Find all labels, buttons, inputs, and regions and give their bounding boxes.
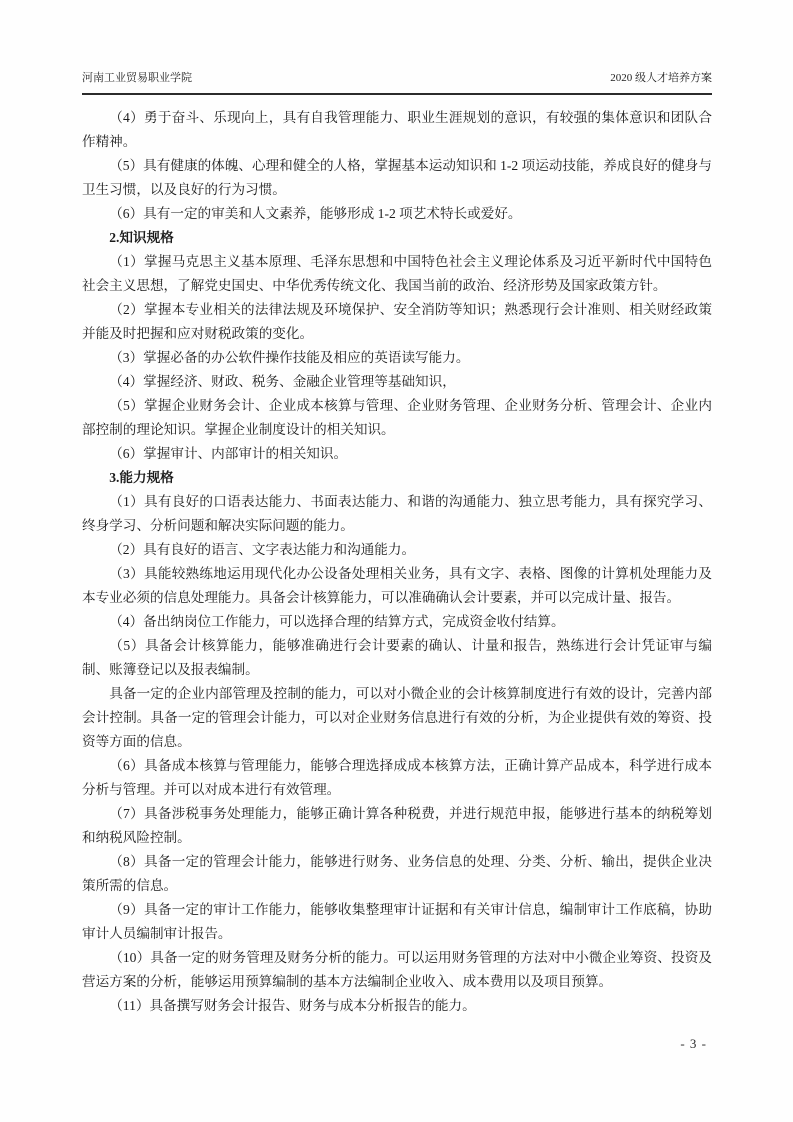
paragraph: （1）掌握马克思主义基本原理、毛泽东思想和中国特色社会主义理论体系及习近平新时代… [82, 250, 712, 298]
paragraph: （2）掌握本专业相关的法律法规及环境保护、安全消防等知识；熟悉现行会计准则、相关… [82, 298, 712, 346]
paragraph: （5）掌握企业财务会计、企业成本核算与管理、企业财务管理、企业财务分析、管理会计… [82, 394, 712, 442]
paragraph: （4）勇于奋斗、乐现向上，具有自我管理能力、职业生涯规划的意识，有较强的集体意识… [82, 106, 712, 154]
paragraph: （8）具备一定的管理会计能力，能够进行财务、业务信息的处理、分类、分析、输出，提… [82, 850, 712, 898]
paragraph: （4）备出纳岗位工作能力，可以选择合理的结算方式，完成资金收付结算。 [82, 610, 712, 634]
paragraph: （11）具备撰写财务会计报告、财务与成本分析报告的能力。 [82, 994, 712, 1018]
paragraph: （9）具备一定的审计工作能力，能够收集整理审计证据和有关审计信息，编制审计工作底… [82, 898, 712, 946]
document-page: 河南工业贸易职业学院 2020 级人才培养方案 （4）勇于奋斗、乐现向上，具有自… [0, 0, 793, 1122]
paragraph: （3）具能较熟练地运用现代化办公设备处理相关业务，具有文字、表格、图像的计算机处… [82, 562, 712, 610]
section-heading: 3.能力规格 [82, 466, 712, 490]
paragraph: （6）掌握审计、内部审计的相关知识。 [82, 442, 712, 466]
paragraph: （2）具有良好的语言、文字表达能力和沟通能力。 [82, 538, 712, 562]
paragraph: （6）具有一定的审美和人文素养，能够形成 1-2 项艺术特长或爱好。 [82, 202, 712, 226]
page-number: - 3 - [680, 1036, 707, 1052]
paragraph: （1）具有良好的口语表达能力、书面表达能力、和谐的沟通能力、独立思考能力，具有探… [82, 490, 712, 538]
header-school-name: 河南工业贸易职业学院 [82, 71, 192, 86]
section-heading: 2.知识规格 [82, 226, 712, 250]
paragraph: （4）掌握经济、财政、税务、金融企业管理等基础知识， [82, 370, 712, 394]
paragraph: （5）具备会计核算能力，能够准确进行会计要素的确认、计量和报告，熟练进行会计凭证… [82, 634, 712, 682]
paragraph: （6）具备成本核算与管理能力，能够合理选择成成本核算方法，正确计算产品成本，科学… [82, 754, 712, 802]
document-body: （4）勇于奋斗、乐现向上，具有自我管理能力、职业生涯规划的意识，有较强的集体意识… [82, 106, 712, 1018]
paragraph: （5）具有健康的体魄、心理和健全的人格，掌握基本运动知识和 1-2 项运动技能，… [82, 154, 712, 202]
paragraph: 具备一定的企业内部管理及控制的能力，可以对小微企业的会计核算制度进行有效的设计，… [82, 682, 712, 754]
header-plan-title: 2020 级人才培养方案 [610, 71, 712, 86]
page-header: 河南工业贸易职业学院 2020 级人才培养方案 [82, 71, 712, 95]
paragraph: （3）掌握必备的办公软件操作技能及相应的英语读写能力。 [82, 346, 712, 370]
paragraph: （7）具备涉税事务处理能力，能够正确计算各种税费，并进行规范申报，能够进行基本的… [82, 802, 712, 850]
paragraph: （10）具备一定的财务管理及财务分析的能力。可以运用财务管理的方法对中小微企业筹… [82, 946, 712, 994]
